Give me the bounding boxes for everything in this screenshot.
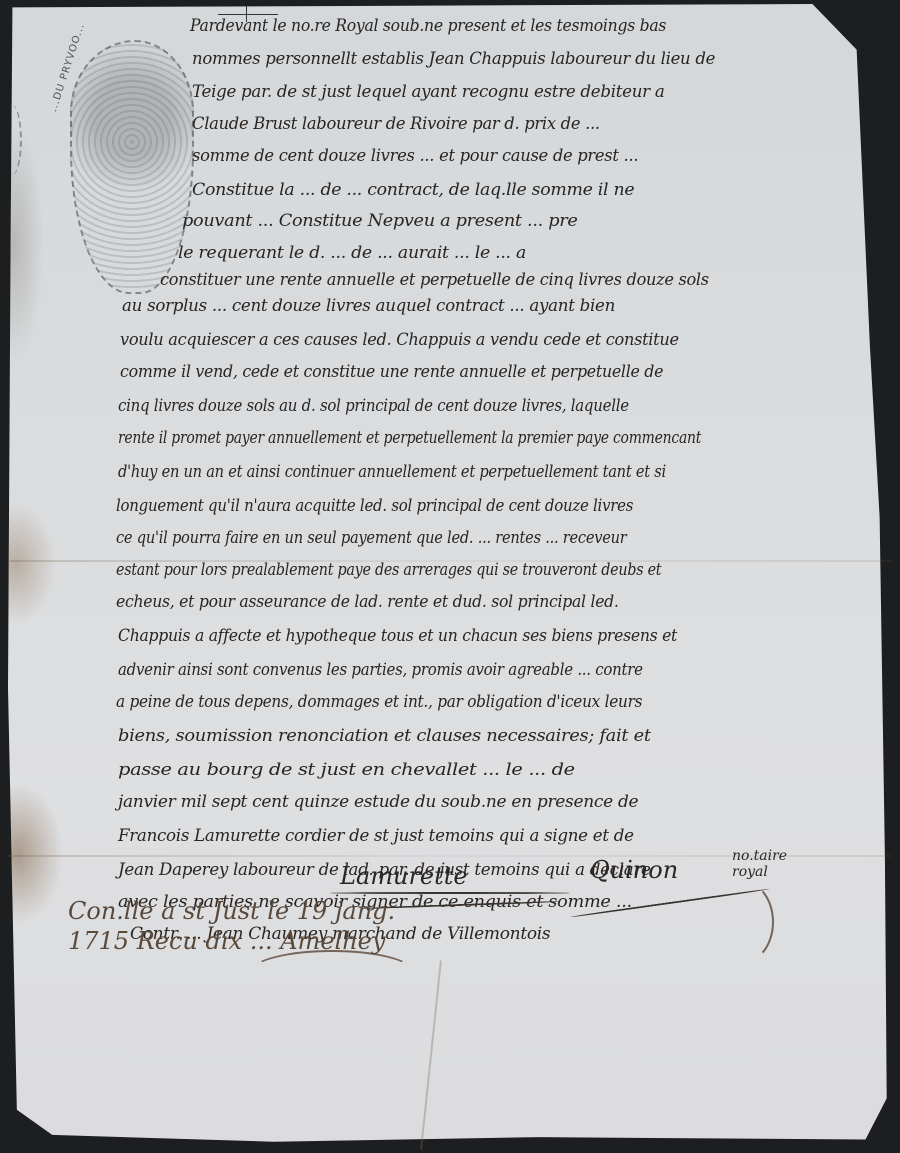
body-line: advenir ainsi sont convenus les parties,…: [118, 660, 643, 680]
body-line: longuement qu'il n'aura acquitte led. so…: [116, 496, 633, 516]
body-line: estant pour lors prealablement paye des …: [116, 560, 661, 580]
body-line: constituer une rente annuelle et perpetu…: [160, 270, 709, 290]
document-body: Pardevant le no.re Royal soub.ne present…: [0, 0, 900, 1153]
body-line: Claude Brust laboureur de Rivoire par d.…: [192, 114, 600, 134]
witness-signature: Lamurette: [340, 862, 468, 890]
body-line: le requerant le d. ... de ... aurait ...…: [178, 243, 526, 263]
body-line: passe au bourg de st just en chevallet .…: [118, 760, 575, 780]
body-line: janvier mil sept cent quinze estude du s…: [118, 792, 638, 812]
control-flourish: [250, 950, 414, 994]
notary-signature: Quinon: [590, 856, 678, 884]
body-line: cinq livres douze sols au d. sol princip…: [118, 396, 629, 416]
body-line: Pardevant le no.re Royal soub.ne present…: [190, 16, 666, 36]
notary-title: no.taire royal: [732, 848, 812, 880]
body-line: a peine de tous depens, dommages et int.…: [116, 692, 642, 712]
body-line: Chappuis a affecte et hypotheque tous et…: [118, 626, 677, 646]
body-line: au sorplus ... cent douze livres auquel …: [122, 296, 615, 316]
body-line: echeus, et pour asseurance de lad. rente…: [116, 592, 619, 612]
body-line: rente il promet payer annuellement et pe…: [118, 428, 701, 448]
body-line: somme de cent douze livres ... et pour c…: [192, 146, 638, 166]
body-line: d'huy en un an et ainsi continuer annuel…: [118, 462, 666, 482]
body-line: ce qu'il pourra faire en un seul payemen…: [116, 528, 627, 548]
control-note-line-1: Con.lle a st Just le 19 jang.: [68, 897, 395, 925]
notary-flourish: [710, 880, 774, 964]
body-line: Francois Lamurette cordier de st just te…: [118, 826, 634, 846]
control-note: Con.lle a st Just le 19 jang. 1715 Recu …: [68, 896, 395, 956]
body-line: voulu acquiescer a ces causes led. Chapp…: [120, 330, 679, 350]
body-line: pouvant ... Constitue Nepveu a present .…: [182, 211, 578, 231]
signature-underline: [330, 892, 570, 894]
body-line: biens, soumission renonciation et clause…: [118, 726, 651, 746]
body-line: Teige par. de st just lequel ayant recog…: [192, 82, 664, 102]
body-line: nommes personnellt establis Jean Chappui…: [192, 49, 715, 69]
body-line: Constitue la ... de ... contract, de laq…: [192, 180, 634, 200]
body-line: comme il vend, cede et constitue une ren…: [120, 362, 663, 382]
